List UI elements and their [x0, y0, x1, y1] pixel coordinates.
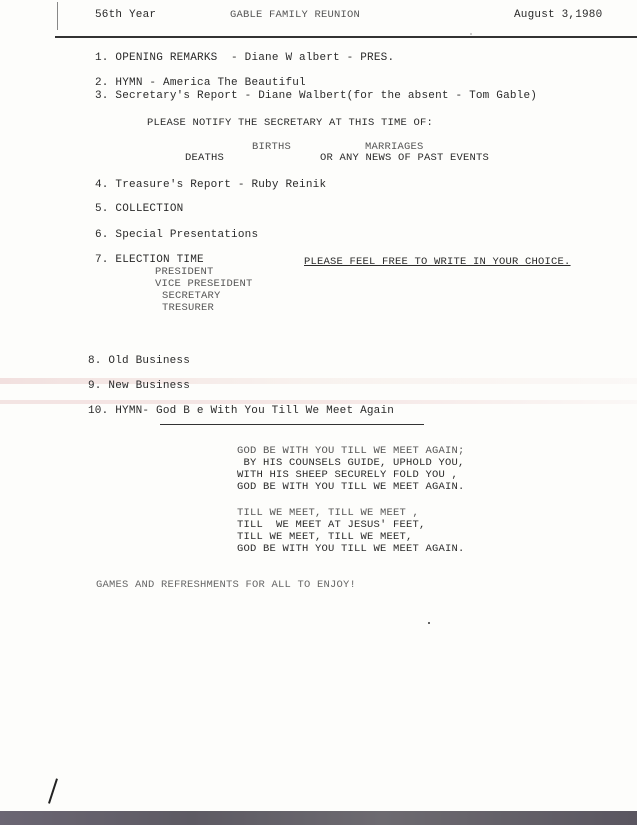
agenda-item-9: 9. New Business — [88, 380, 190, 392]
agenda-item-2: 2. HYMN - America The Beautiful — [95, 77, 306, 89]
office-vice-president: VICE PRESEIDENT — [155, 278, 253, 290]
notify-heading: PLEASE NOTIFY THE SECRETARY AT THIS TIME… — [147, 117, 433, 129]
agenda-item-7: 7. ELECTION TIME — [95, 254, 204, 266]
fold-stain — [0, 400, 637, 404]
header-title: GABLE FAMILY REUNION — [230, 9, 360, 21]
paper-speck — [428, 622, 430, 624]
hymn-title: God B e With You Till We Meet Again — [156, 405, 394, 417]
header-year: 56th Year — [95, 9, 156, 21]
notify-deaths: DEATHS — [185, 152, 224, 164]
agenda-item-1: 1. OPENING REMARKS - Diane W albert - PR… — [95, 52, 394, 64]
agenda-item-5: 5. COLLECTION — [95, 203, 183, 215]
agenda-item-4: 4. Treasure's Report - Ruby Reinik — [95, 179, 326, 191]
scan-edge — [0, 811, 637, 825]
pen-mark — [48, 778, 57, 803]
agenda-item-8: 8. Old Business — [88, 355, 190, 367]
notify-news: OR ANY NEWS OF PAST EVENTS — [320, 152, 489, 164]
office-secretary: SECRETARY — [162, 290, 221, 302]
office-president: PRESIDENT — [155, 266, 214, 278]
header-rule — [55, 36, 637, 38]
header-date: August 3,1980 — [514, 9, 602, 21]
write-in-note: PLEASE FEEL FREE TO WRITE IN YOUR CHOICE… — [304, 256, 571, 268]
closing-line: GAMES AND REFRESHMENTS FOR ALL TO ENJOY! — [96, 579, 356, 591]
agenda-item-10: 10. HYMN- God B e With You Till We Meet … — [88, 405, 394, 417]
agenda-item-6: 6. Special Presentations — [95, 229, 258, 241]
agenda-item-3: 3. Secretary's Report - Diane Walbert(fo… — [95, 90, 537, 102]
notify-births: BIRTHS — [252, 141, 291, 153]
hymn-underline — [160, 424, 424, 425]
paper-speck — [470, 33, 472, 35]
office-treasurer: TRESURER — [162, 302, 214, 314]
margin-mark — [57, 2, 58, 30]
